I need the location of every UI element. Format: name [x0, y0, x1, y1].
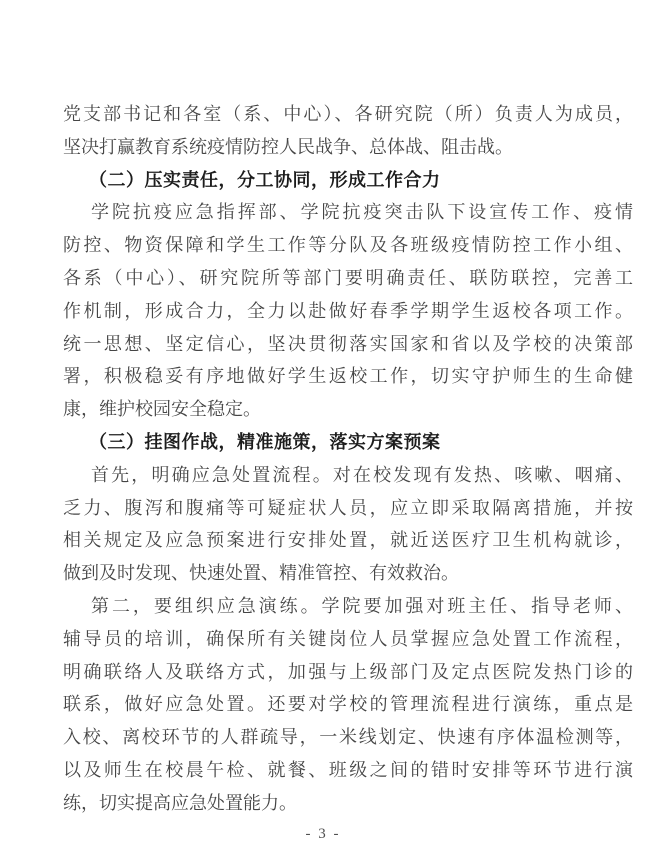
text-line: 以及师生在校晨午检、就餐、班级之间的错时安排等环节进行演: [63, 754, 633, 787]
text-line: 第二，要组织应急演练。学院要加强对班主任、指导老师、: [63, 590, 633, 623]
paragraph-first-point: 首先，明确应急处置流程。对在校发现有发热、咳嗽、咽痛、 乏力、腹泻和腹痛等可疑症…: [63, 459, 633, 590]
section-heading-2: （二）压实责任，分工协同，形成工作合力: [63, 164, 633, 197]
text-line: 相关规定及应急预案进行安排处置，就近送医疗卫生机构就诊，: [63, 524, 633, 557]
text-line: 统一思想、坚定信心，坚决贯彻落实国家和省以及学校的决策部: [63, 328, 633, 361]
text-line: 坚决打赢教育系统疫情防控人民战争、总体战、阻击战。: [63, 131, 633, 164]
text-line: 署，积极稳妥有序地做好学生返校工作，切实守护师生的生命健: [63, 360, 633, 393]
text-line: 练，切实提高应急处置能力。: [63, 787, 633, 820]
text-line: 明确联络人及联络方式，加强与上级部门及定点医院发热门诊的: [63, 656, 633, 689]
text-line: 联系，做好应急处置。还要对学校的管理流程进行演练，重点是: [63, 688, 633, 721]
paragraph-continued: 党支部书记和各室（系、中心）、各研究院（所）负责人为成员， 坚决打赢教育系统疫情…: [63, 98, 633, 164]
text-line: 首先，明确应急处置流程。对在校发现有发热、咳嗽、咽痛、: [63, 459, 633, 492]
text-line: 党支部书记和各室（系、中心）、各研究院（所）负责人为成员，: [63, 98, 633, 131]
text-line: 康，维护校园安全稳定。: [63, 393, 633, 426]
paragraph-section-2: 学院抗疫应急指挥部、学院抗疫突击队下设宣传工作、疫情 防控、物资保障和学生工作等…: [63, 196, 633, 426]
text-line: 作机制，形成合力，全力以赴做好春季学期学生返校各项工作。: [63, 295, 633, 328]
section-heading-3: （三）挂图作战，精准施策，落实方案预案: [63, 426, 633, 459]
text-line: 学院抗疫应急指挥部、学院抗疫突击队下设宣传工作、疫情: [63, 196, 633, 229]
document-page: 党支部书记和各室（系、中心）、各研究院（所）负责人为成员， 坚决打赢教育系统疫情…: [0, 0, 646, 857]
page-content: 党支部书记和各室（系、中心）、各研究院（所）负责人为成员， 坚决打赢教育系统疫情…: [63, 98, 633, 820]
text-line: 入校、离校环节的人群疏导，一米线划定、快速有序体温检测等，: [63, 721, 633, 754]
text-line: 防控、物资保障和学生工作等分队及各班级疫情防控工作小组、: [63, 229, 633, 262]
text-line: 各系（中心）、研究院所等部门要明确责任、联防联控，完善工: [63, 262, 633, 295]
page-number: - 3 -: [0, 824, 646, 844]
text-line: 做到及时发现、快速处置、精准管控、有效救治。: [63, 557, 633, 590]
paragraph-second-point: 第二，要组织应急演练。学院要加强对班主任、指导老师、 辅导员的培训，确保所有关键…: [63, 590, 633, 820]
text-line: 乏力、腹泻和腹痛等可疑症状人员，应立即采取隔离措施，并按: [63, 492, 633, 525]
text-line: 辅导员的培训，确保所有关键岗位人员掌握应急处置工作流程，: [63, 623, 633, 656]
